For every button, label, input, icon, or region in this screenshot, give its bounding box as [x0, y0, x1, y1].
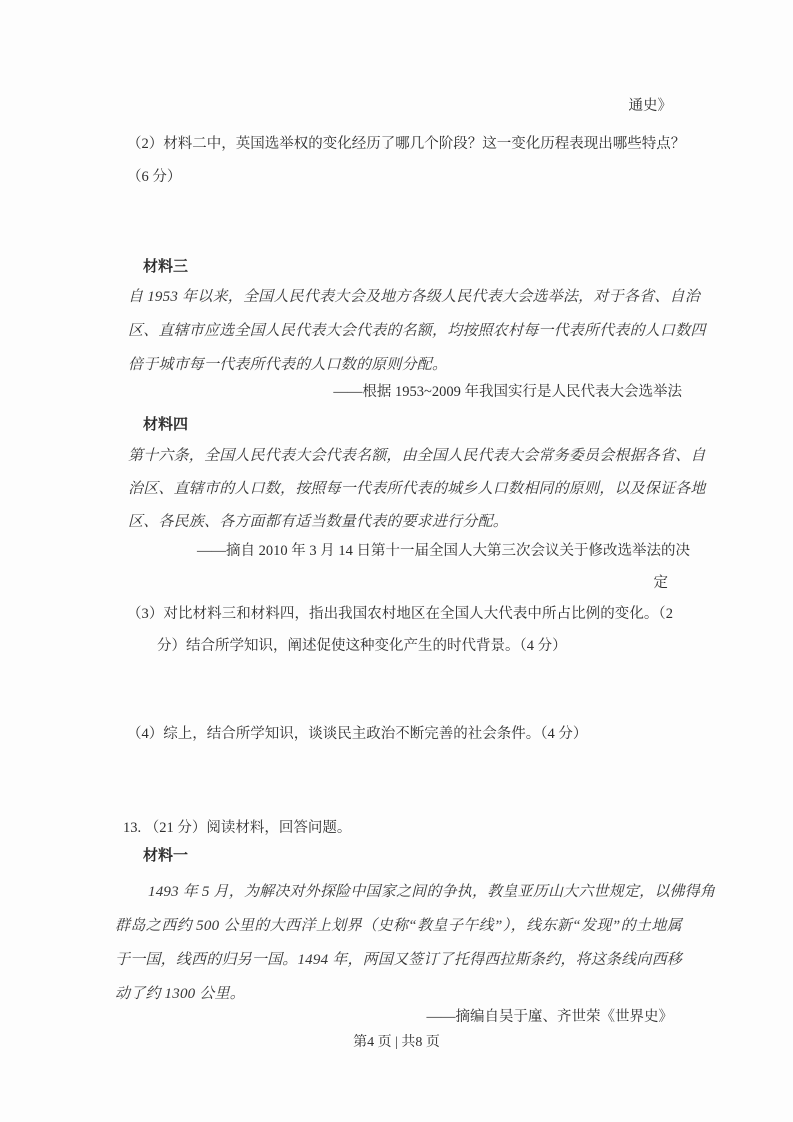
question-2-line: （2）材料二中，英国选举权的变化经历了哪几个阶段？这一变化历程表现出哪些特点？ [127, 128, 673, 161]
source-fragment: 通史》 [125, 90, 672, 123]
question-3-line: 分）结合所学知识，阐述促使这种变化产生的时代背景。（4 分） [127, 630, 673, 662]
material1-heading: 材料一 [143, 846, 188, 866]
material3-citation: ——根据 1953~2009 年我国实行是人民代表大会选举法 [128, 382, 682, 402]
material3-line: 自 1953 年以来，全国人民代表大会及地方各级人民代表大会选举法，对于各省、自… [128, 280, 700, 314]
material1-line: 于一国，线西的归另一国。1494 年，两国又签订了托得西拉斯条约，将这条线向西移 [115, 943, 682, 977]
material3-paragraph: 自 1953 年以来，全国人民代表大会及地方各级人民代表大会选举法，对于各省、自… [128, 280, 700, 382]
material3-line: 区、直辖市应选全国人民代表大会代表的名额，均按照农村每一代表所代表的人口数四 [128, 314, 700, 348]
page-footer: 第4 页 | 共8 页 [0, 1033, 793, 1053]
question-2-line: （6 分） [127, 161, 673, 194]
material4-line: 治区、直辖市的人口数，按照每一代表所代表的城乡人口数相同的原则，以及保证各地 [128, 473, 700, 506]
material1-paragraph: 1493 年 5 月，为解决对外探险中国家之间的争执，教皇亚历山大六世规定，以佛… [115, 875, 682, 1011]
material4-heading: 材料四 [143, 415, 188, 435]
material3-line: 倍于城市每一代表所代表的人口数的原则分配。 [128, 348, 700, 382]
question-3: （3）对比材料三和材料四，指出我国农村地区在全国人大代表中所占比例的变化。（2 … [127, 598, 673, 662]
question-2: （2）材料二中，英国选举权的变化经历了哪几个阶段？这一变化历程表现出哪些特点？ … [127, 128, 673, 194]
question-3-line: （3）对比材料三和材料四，指出我国农村地区在全国人大代表中所占比例的变化。（2 [127, 598, 673, 630]
question-13-intro: 13. （21 分）阅读材料，回答问题。 [123, 818, 673, 838]
material4-citation-line: ——摘自 2010 年 3 月 14 日第十一届全国人大第三次会议关于修改选举法… [128, 535, 690, 567]
material1-line: 群岛之西约 500 公里的大西洋上划界（史称“教皇子午线”），线东新“发现”的土… [115, 909, 682, 943]
material3-heading: 材料三 [143, 257, 188, 277]
material1-line: 1493 年 5 月，为解决对外探险中国家之间的争执，教皇亚历山大六世规定，以佛… [115, 875, 682, 909]
material1-citation: ——摘编自吴于廑、齐世荣《世界史》 [125, 1007, 673, 1027]
material4-paragraph: 第十六条，全国人民代表大会代表名额，由全国人民代表大会常务委员会根据各省、自 治… [128, 440, 700, 539]
material4-citation-line: 定 [128, 567, 690, 599]
material4-citation: ——摘自 2010 年 3 月 14 日第十一届全国人大第三次会议关于修改选举法… [128, 535, 690, 599]
material1-line: 动了约 1300 公里。 [115, 977, 682, 1011]
question-4: （4）综上，结合所学知识，谈谈民主政治不断完善的社会条件。（4 分） [127, 724, 673, 744]
document-page: 通史》 （2）材料二中，英国选举权的变化经历了哪几个阶段？这一变化历程表现出哪些… [0, 0, 793, 1122]
material4-line: 第十六条，全国人民代表大会代表名额，由全国人民代表大会常务委员会根据各省、自 [128, 440, 700, 473]
